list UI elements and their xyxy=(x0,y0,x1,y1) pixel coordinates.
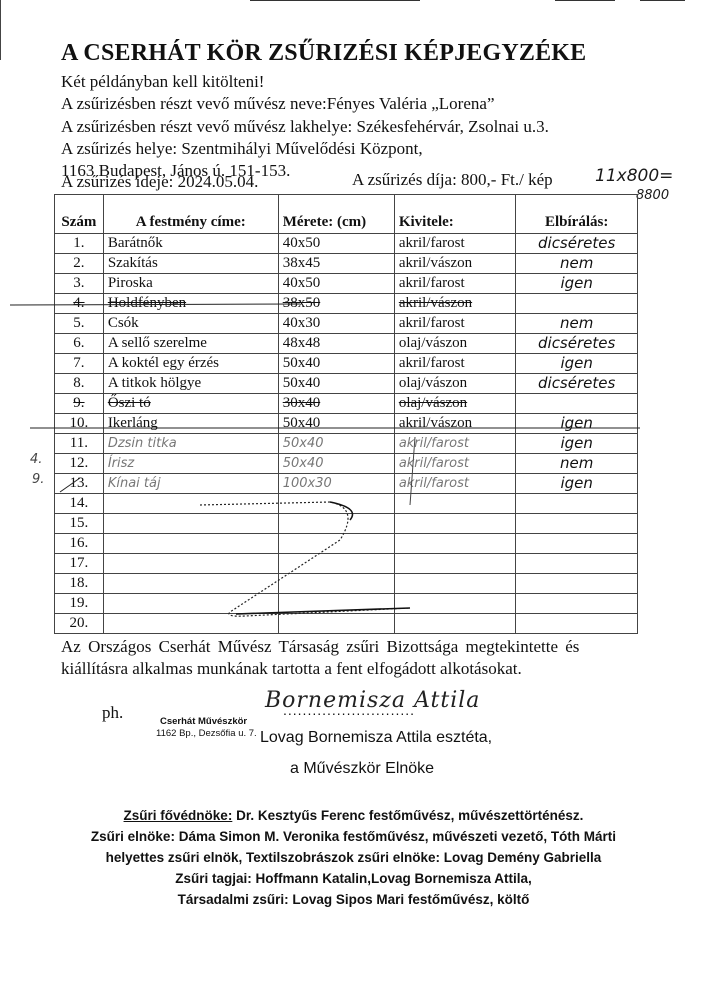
row-number: 18. xyxy=(55,574,104,594)
table-row: 6.A sellő szerelme48x48olaj/vászondicsér… xyxy=(55,334,638,354)
row-title xyxy=(103,534,278,554)
row-technique xyxy=(394,514,516,534)
row-technique: akril/farost xyxy=(394,354,516,374)
table-row: 10.Ikerláng50x40akril/vászonigen xyxy=(55,414,638,434)
row-evaluation xyxy=(516,294,638,314)
table-row: 12.Írisz50x40akril/farostnem xyxy=(55,454,638,474)
row-number: 17. xyxy=(55,554,104,574)
artist-residence-line: A zsűrizésben részt vevő művész lakhelye… xyxy=(61,117,549,137)
row-evaluation xyxy=(516,514,638,534)
row-size xyxy=(278,594,394,614)
row-title: Csók xyxy=(103,314,278,334)
table-row: 5.Csók40x30akril/farostnem xyxy=(55,314,638,334)
row-title xyxy=(103,594,278,614)
row-size: 38x50 xyxy=(278,294,394,314)
table-row: 11.Dzsin titka50x40akril/farostigen xyxy=(55,434,638,454)
stamp-line2: 1162 Bp., Dezsőfia u. 7. xyxy=(156,728,257,739)
row-title: Kínai táj xyxy=(103,474,278,494)
instruction-line: Két példányban kell kitölteni! xyxy=(61,72,264,92)
signature-dotted-line: ........................... xyxy=(283,702,415,718)
header-evaluation: Elbírálás: xyxy=(516,195,638,234)
row-technique: olaj/vászon xyxy=(394,374,516,394)
approval-statement-line1: Az Országos Cserhát Művész Társaság zsűr… xyxy=(61,637,579,657)
row-size xyxy=(278,554,394,574)
row-number: 16. xyxy=(55,534,104,554)
row-evaluation xyxy=(516,614,638,634)
table-header-row: Szám A festmény címe: Mérete: (cm) Kivit… xyxy=(55,195,638,234)
row-size: 40x30 xyxy=(278,314,394,334)
jury-patron-label: Zsűri fővédnöke: xyxy=(124,808,233,823)
row-evaluation: dicséretes xyxy=(516,334,638,354)
row-technique: akril/farost xyxy=(394,434,516,454)
fee-handwritten: 11x800= xyxy=(595,166,673,186)
row-evaluation: nem xyxy=(516,454,638,474)
stamp-placeholder-label: ph. xyxy=(102,703,123,723)
row-evaluation xyxy=(516,594,638,614)
row-number: 10. xyxy=(55,414,104,434)
row-size: 50x40 xyxy=(278,374,394,394)
row-size: 100x30 xyxy=(278,474,394,494)
table-row: 17. xyxy=(55,554,638,574)
row-technique xyxy=(394,614,516,634)
row-evaluation: nem xyxy=(516,314,638,334)
row-evaluation xyxy=(516,574,638,594)
row-number: 19. xyxy=(55,594,104,614)
row-technique xyxy=(394,574,516,594)
row-number: 8. xyxy=(55,374,104,394)
row-title: A sellő szerelme xyxy=(103,334,278,354)
row-size: 50x40 xyxy=(278,414,394,434)
row-evaluation xyxy=(516,494,638,514)
row-title: Piroska xyxy=(103,274,278,294)
row-size: 30x40 xyxy=(278,394,394,414)
row-number: 4. xyxy=(55,294,104,314)
row-size: 40x50 xyxy=(278,234,394,254)
jury-patron-line: Zsűri fővédnöke: Dr. Kesztyűs Ferenc fes… xyxy=(0,808,707,823)
row-size xyxy=(278,514,394,534)
row-evaluation: nem xyxy=(516,254,638,274)
jury-patron: Dr. Kesztyűs Ferenc festőművész, művésze… xyxy=(232,808,583,823)
jury-deputy-line: helyettes zsűri elnök, Textilszobrászok … xyxy=(0,850,707,865)
row-size xyxy=(278,614,394,634)
row-title: Holdfényben xyxy=(103,294,278,314)
row-technique: akril/vászon xyxy=(394,254,516,274)
fee-total-handwritten: 8800 xyxy=(636,188,669,203)
table-row: 8.A titkok hölgye50x40olaj/vászondicsére… xyxy=(55,374,638,394)
row-technique xyxy=(394,534,516,554)
row-size: 40x50 xyxy=(278,274,394,294)
row-number: 11. xyxy=(55,434,104,454)
row-number: 5. xyxy=(55,314,104,334)
row-size: 50x40 xyxy=(278,354,394,374)
signer-name: Lovag Bornemisza Attila esztéta, xyxy=(260,729,492,747)
row-size: 50x40 xyxy=(278,454,394,474)
row-number: 1. xyxy=(55,234,104,254)
header-number: Szám xyxy=(55,195,104,234)
table-row: 9.Őszi tó30x40olaj/vászon xyxy=(55,394,638,414)
row-number: 15. xyxy=(55,514,104,534)
row-evaluation: igen xyxy=(516,354,638,374)
row-number: 13. xyxy=(55,474,104,494)
row-size: 38x45 xyxy=(278,254,394,274)
row-size xyxy=(278,494,394,514)
row-evaluation: dicséretes xyxy=(516,234,638,254)
header-technique: Kivitele: xyxy=(394,195,516,234)
table-row: 19. xyxy=(55,594,638,614)
row-title: Ikerláng xyxy=(103,414,278,434)
row-title: Őszi tó xyxy=(103,394,278,414)
date-line: A zsűrizés ideje: 2024.05.04. xyxy=(61,172,258,192)
jury-chair-line: Zsűri elnöke: Dáma Simon M. Veronika fes… xyxy=(0,829,707,844)
stamp-line1: Cserhát Művészkör xyxy=(160,716,247,727)
table-row: 1.Barátnők40x50akril/farostdicséretes xyxy=(55,234,638,254)
row-number: 7. xyxy=(55,354,104,374)
row-size xyxy=(278,534,394,554)
margin-note-row12: 4. xyxy=(30,452,42,467)
row-title xyxy=(103,574,278,594)
row-number: 6. xyxy=(55,334,104,354)
row-title xyxy=(103,494,278,514)
table-row: 16. xyxy=(55,534,638,554)
table-row: 7.A koktél egy érzés50x40akril/farostige… xyxy=(55,354,638,374)
row-technique: akril/farost xyxy=(394,454,516,474)
artist-name-line: A zsűrizésben részt vevő művész neve:Fén… xyxy=(61,94,494,114)
row-title: Írisz xyxy=(103,454,278,474)
table-row: 14. xyxy=(55,494,638,514)
painting-list-table: Szám A festmény címe: Mérete: (cm) Kivit… xyxy=(54,194,638,634)
row-title: A titkok hölgye xyxy=(103,374,278,394)
row-title: Barátnők xyxy=(103,234,278,254)
row-technique: akril/farost xyxy=(394,314,516,334)
margin-note-row13: 9. xyxy=(32,472,44,487)
row-title: Szakítás xyxy=(103,254,278,274)
venue-line: A zsűrizés helye: Szentmihályi Művelődés… xyxy=(61,139,423,159)
row-technique xyxy=(394,494,516,514)
scan-edge-mark xyxy=(250,0,390,1)
row-evaluation xyxy=(516,534,638,554)
fee-line: A zsűrizés díja: 800,- Ft./ kép xyxy=(352,170,553,190)
row-evaluation: igen xyxy=(516,434,638,454)
row-title xyxy=(103,514,278,534)
row-technique: akril/farost xyxy=(394,234,516,254)
table-row: 13.Kínai táj100x30akril/farostigen xyxy=(55,474,638,494)
row-technique: akril/vászon xyxy=(394,414,516,434)
row-technique: akril/farost xyxy=(394,474,516,494)
approval-statement-line2: kiállításra alkalmas munkának tartotta a… xyxy=(61,659,522,679)
row-evaluation xyxy=(516,554,638,574)
table-row: 20. xyxy=(55,614,638,634)
row-title xyxy=(103,614,278,634)
scan-edge-mark xyxy=(0,0,1,60)
row-title: Dzsin titka xyxy=(103,434,278,454)
row-technique: olaj/vászon xyxy=(394,394,516,414)
row-evaluation: igen xyxy=(516,474,638,494)
table-row: 15. xyxy=(55,514,638,534)
row-title xyxy=(103,554,278,574)
row-number: 9. xyxy=(55,394,104,414)
header-size: Mérete: (cm) xyxy=(278,195,394,234)
row-evaluation: dicséretes xyxy=(516,374,638,394)
row-size: 48x48 xyxy=(278,334,394,354)
table-row: 4.Holdfényben38x50akril/vászon xyxy=(55,294,638,314)
row-title: A koktél egy érzés xyxy=(103,354,278,374)
row-size: 50x40 xyxy=(278,434,394,454)
row-number: 20. xyxy=(55,614,104,634)
scan-edge-mark xyxy=(555,0,615,1)
row-evaluation xyxy=(516,394,638,414)
row-technique xyxy=(394,554,516,574)
row-number: 2. xyxy=(55,254,104,274)
table-row: 18. xyxy=(55,574,638,594)
table-row: 3.Piroska40x50akril/farostigen xyxy=(55,274,638,294)
row-evaluation: igen xyxy=(516,414,638,434)
scan-edge-mark xyxy=(640,0,685,1)
row-evaluation: igen xyxy=(516,274,638,294)
document-title: A CSERHÁT KÖR ZSŰRIZÉSI KÉPJEGYZÉKE xyxy=(61,40,586,67)
jury-social-line: Társadalmi zsűri: Lovag Sipos Mari festő… xyxy=(0,892,707,907)
row-number: 3. xyxy=(55,274,104,294)
table-row: 2.Szakítás38x45akril/vászonnem xyxy=(55,254,638,274)
signer-role: a Művészkör Elnöke xyxy=(290,760,434,778)
row-size xyxy=(278,574,394,594)
row-number: 14. xyxy=(55,494,104,514)
scan-edge-mark xyxy=(380,0,420,1)
row-technique xyxy=(394,594,516,614)
header-title: A festmény címe: xyxy=(103,195,278,234)
row-technique: akril/farost xyxy=(394,274,516,294)
row-technique: akril/vászon xyxy=(394,294,516,314)
row-technique: olaj/vászon xyxy=(394,334,516,354)
row-number: 12. xyxy=(55,454,104,474)
jury-members-line: Zsűri tagjai: Hoffmann Katalin,Lovag Bor… xyxy=(0,871,707,886)
